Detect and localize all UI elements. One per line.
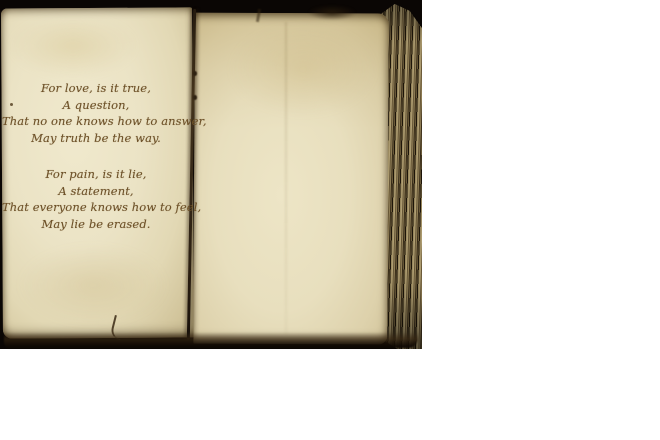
page-smudge (308, 5, 356, 20)
poem-line: A statement, (2, 183, 190, 200)
ink-blob (193, 95, 197, 100)
poem-line: For pain, is it lie, (2, 166, 190, 183)
ink-blob (193, 71, 197, 76)
poem-stanza-1: For love, is it true, A question, That n… (2, 80, 190, 146)
poem-line: That everyone knows how to feel, (2, 199, 190, 216)
book-right-page (193, 13, 388, 345)
poem-line: A question, (2, 97, 190, 114)
poem-line: May lie be erased. (2, 216, 190, 233)
poem-stanza-2: For pain, is it lie, A statement, That e… (2, 166, 190, 232)
poem-line: May truth be the way. (2, 130, 190, 147)
open-book: For love, is it true, A question, That n… (0, 0, 422, 349)
book-bottom-shadow (4, 332, 418, 348)
poem-line: That no one knows how to answer, (2, 113, 190, 130)
poem: For love, is it true, A question, That n… (2, 80, 190, 232)
poem-line: For love, is it true, (2, 80, 190, 97)
page-crease (285, 22, 287, 334)
